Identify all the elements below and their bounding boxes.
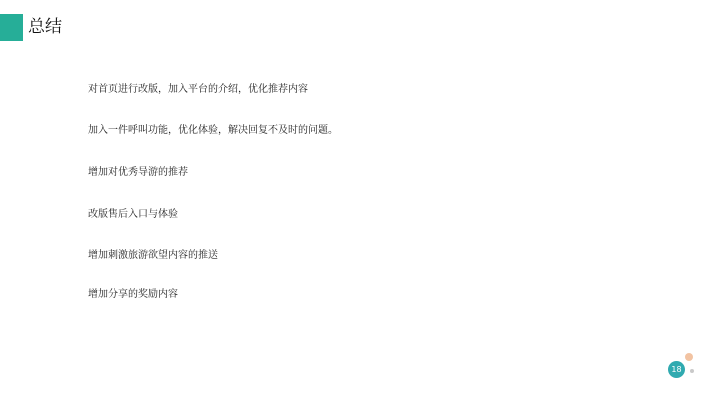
summary-item: 改版售后入口与体验 — [88, 208, 178, 222]
title-accent-bar — [0, 14, 23, 41]
summary-item: 增加对优秀导游的推荐 — [88, 166, 188, 180]
summary-item: 加入一件呼叫功能，优化体验，解决回复不及时的问题。 — [88, 124, 338, 138]
summary-item: 增加刺激旅游欲望内容的推送 — [88, 249, 218, 263]
page-number-badge: 18 — [668, 361, 685, 378]
decorative-dot-peach — [685, 353, 693, 361]
summary-item: 增加分享的奖励内容 — [88, 288, 178, 302]
slide-title: 总结 — [28, 14, 62, 41]
summary-item: 对首页进行改版，加入平台的介绍，优化推荐内容 — [88, 83, 308, 97]
decorative-dot-gray — [690, 369, 694, 373]
